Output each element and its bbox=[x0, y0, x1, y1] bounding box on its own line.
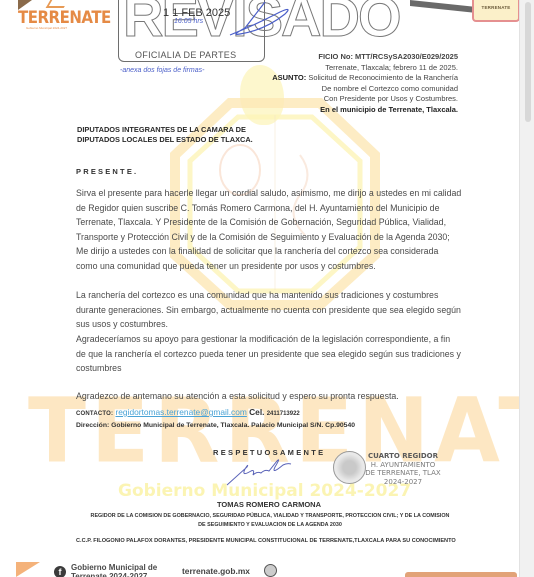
facebook-icon[interactable]: f bbox=[54, 566, 66, 577]
addressee-line-1: DIPUTADOS INTEGRANTES DE LA CAMARA DE bbox=[77, 125, 253, 135]
signer-name: TOMAS ROMERO CARMONA bbox=[76, 500, 462, 509]
asunto-line-2: De nombre el Cortezco como comunidad bbox=[272, 84, 458, 95]
addressee-line-2: DIPUTADOS LOCALES DEL ESTADO DE TLAXCA. bbox=[77, 135, 253, 145]
asunto-line-3: Con Presidente por Usos y Costumbres. bbox=[272, 94, 458, 105]
scrollbar-thumb[interactable] bbox=[525, 2, 531, 122]
asunto-line-1: ASUNTO: Solicitud de Reconocimiento de l… bbox=[272, 73, 458, 84]
thanks-line: Agradezco de antemano su atención a esta… bbox=[76, 391, 399, 401]
mexico-seal-icon bbox=[333, 451, 366, 484]
cel-label: Cel. bbox=[249, 407, 264, 417]
body-paragraph-2: La ranchería del cortezco es una comunid… bbox=[76, 288, 462, 332]
signer-title: REGIDOR DE LA COMISION DE GOBERNACIO, SE… bbox=[90, 512, 450, 529]
regidor-stamp: CUARTO REGIDOR H. AYUNTAMIENTO DE TERREN… bbox=[363, 452, 443, 486]
cel-number: 2411713922 bbox=[267, 411, 300, 417]
footer-bar bbox=[405, 572, 517, 577]
footer-facebook-line-2: Terrenate 2024-2027 bbox=[71, 572, 157, 577]
stamp-handwritten-note: -anexa dos fojas de firmas- bbox=[120, 66, 220, 76]
tag-bar bbox=[410, 0, 472, 13]
terrenate-logo: TERRENATE Gobierno Municipal 2024-2027 bbox=[18, 0, 100, 34]
signature-icon bbox=[225, 455, 295, 487]
stamp-time-note: 16:05 hrs bbox=[174, 18, 203, 25]
asunto-line-bold: En el municipio de Terrenate, Tlaxcala. bbox=[272, 105, 458, 116]
contact-line: CONTACTO: regidortomas.terrenate@gmail.c… bbox=[76, 407, 300, 417]
globe-icon bbox=[264, 564, 277, 577]
place-date: Terrenate, Tlaxcala; febrero 11 de 2025. bbox=[272, 63, 458, 74]
ccp-line: C.C.P. FILOGONIO PALAFOX DORANTES, PRESI… bbox=[76, 537, 460, 546]
salutation: PRESENTE. bbox=[76, 167, 138, 176]
vertical-scrollbar[interactable] bbox=[519, 0, 534, 577]
folio-number: FICIO No: MTT/RCSySA2030/E029/2025 bbox=[272, 52, 458, 63]
contact-email-link[interactable]: regidortomas.terrenate@gmail.com bbox=[115, 407, 246, 417]
reference-block: FICIO No: MTT/RCSySA2030/E029/2025 Terre… bbox=[272, 52, 458, 115]
ink-scribble-icon bbox=[225, 0, 295, 40]
address-line: Dirección: Gobierno Municipal de Terrena… bbox=[76, 422, 355, 429]
header-tag: TERRENATE bbox=[472, 0, 520, 22]
stamp-office: OFICIALIA DE PARTES bbox=[135, 50, 236, 60]
logo-text: TERRENATE bbox=[18, 7, 111, 28]
body-paragraph-1: Sirva el presente para hacerle llegar un… bbox=[76, 186, 462, 274]
seal-line-1: CUARTO REGIDOR bbox=[363, 452, 443, 461]
document-page: TERRENATE Gobierno Municipal 2024-2027 T… bbox=[0, 0, 520, 577]
footer-triangle bbox=[16, 562, 40, 577]
seal-line-4: 2024-2027 bbox=[363, 478, 443, 487]
logo-subtitle: Gobierno Municipal 2024-2027 bbox=[26, 27, 96, 30]
footer-facebook-line-1: Gobierno Municipal de bbox=[71, 563, 157, 572]
asunto-text-1: Solicitud de Reconocimiento de la Ranche… bbox=[308, 73, 458, 82]
header-tag-text: TERRENATE bbox=[474, 5, 518, 10]
footer-website-link[interactable]: terrenate.gob.mx bbox=[182, 566, 250, 576]
contact-label: CONTACTO: bbox=[76, 411, 113, 417]
footer-facebook-name[interactable]: Gobierno Municipal de Terrenate 2024-202… bbox=[71, 563, 157, 577]
seal-line-3: DE TERRENATE, TLAX bbox=[363, 469, 443, 478]
addressee: DIPUTADOS INTEGRANTES DE LA CAMARA DE DI… bbox=[77, 125, 253, 145]
seal-line-2: H. AYUNTAMIENTO bbox=[363, 461, 443, 470]
body-paragraph-3: Agradeceríamos su apoyo para gestionar l… bbox=[76, 332, 462, 376]
asunto-label: ASUNTO: bbox=[272, 73, 306, 82]
